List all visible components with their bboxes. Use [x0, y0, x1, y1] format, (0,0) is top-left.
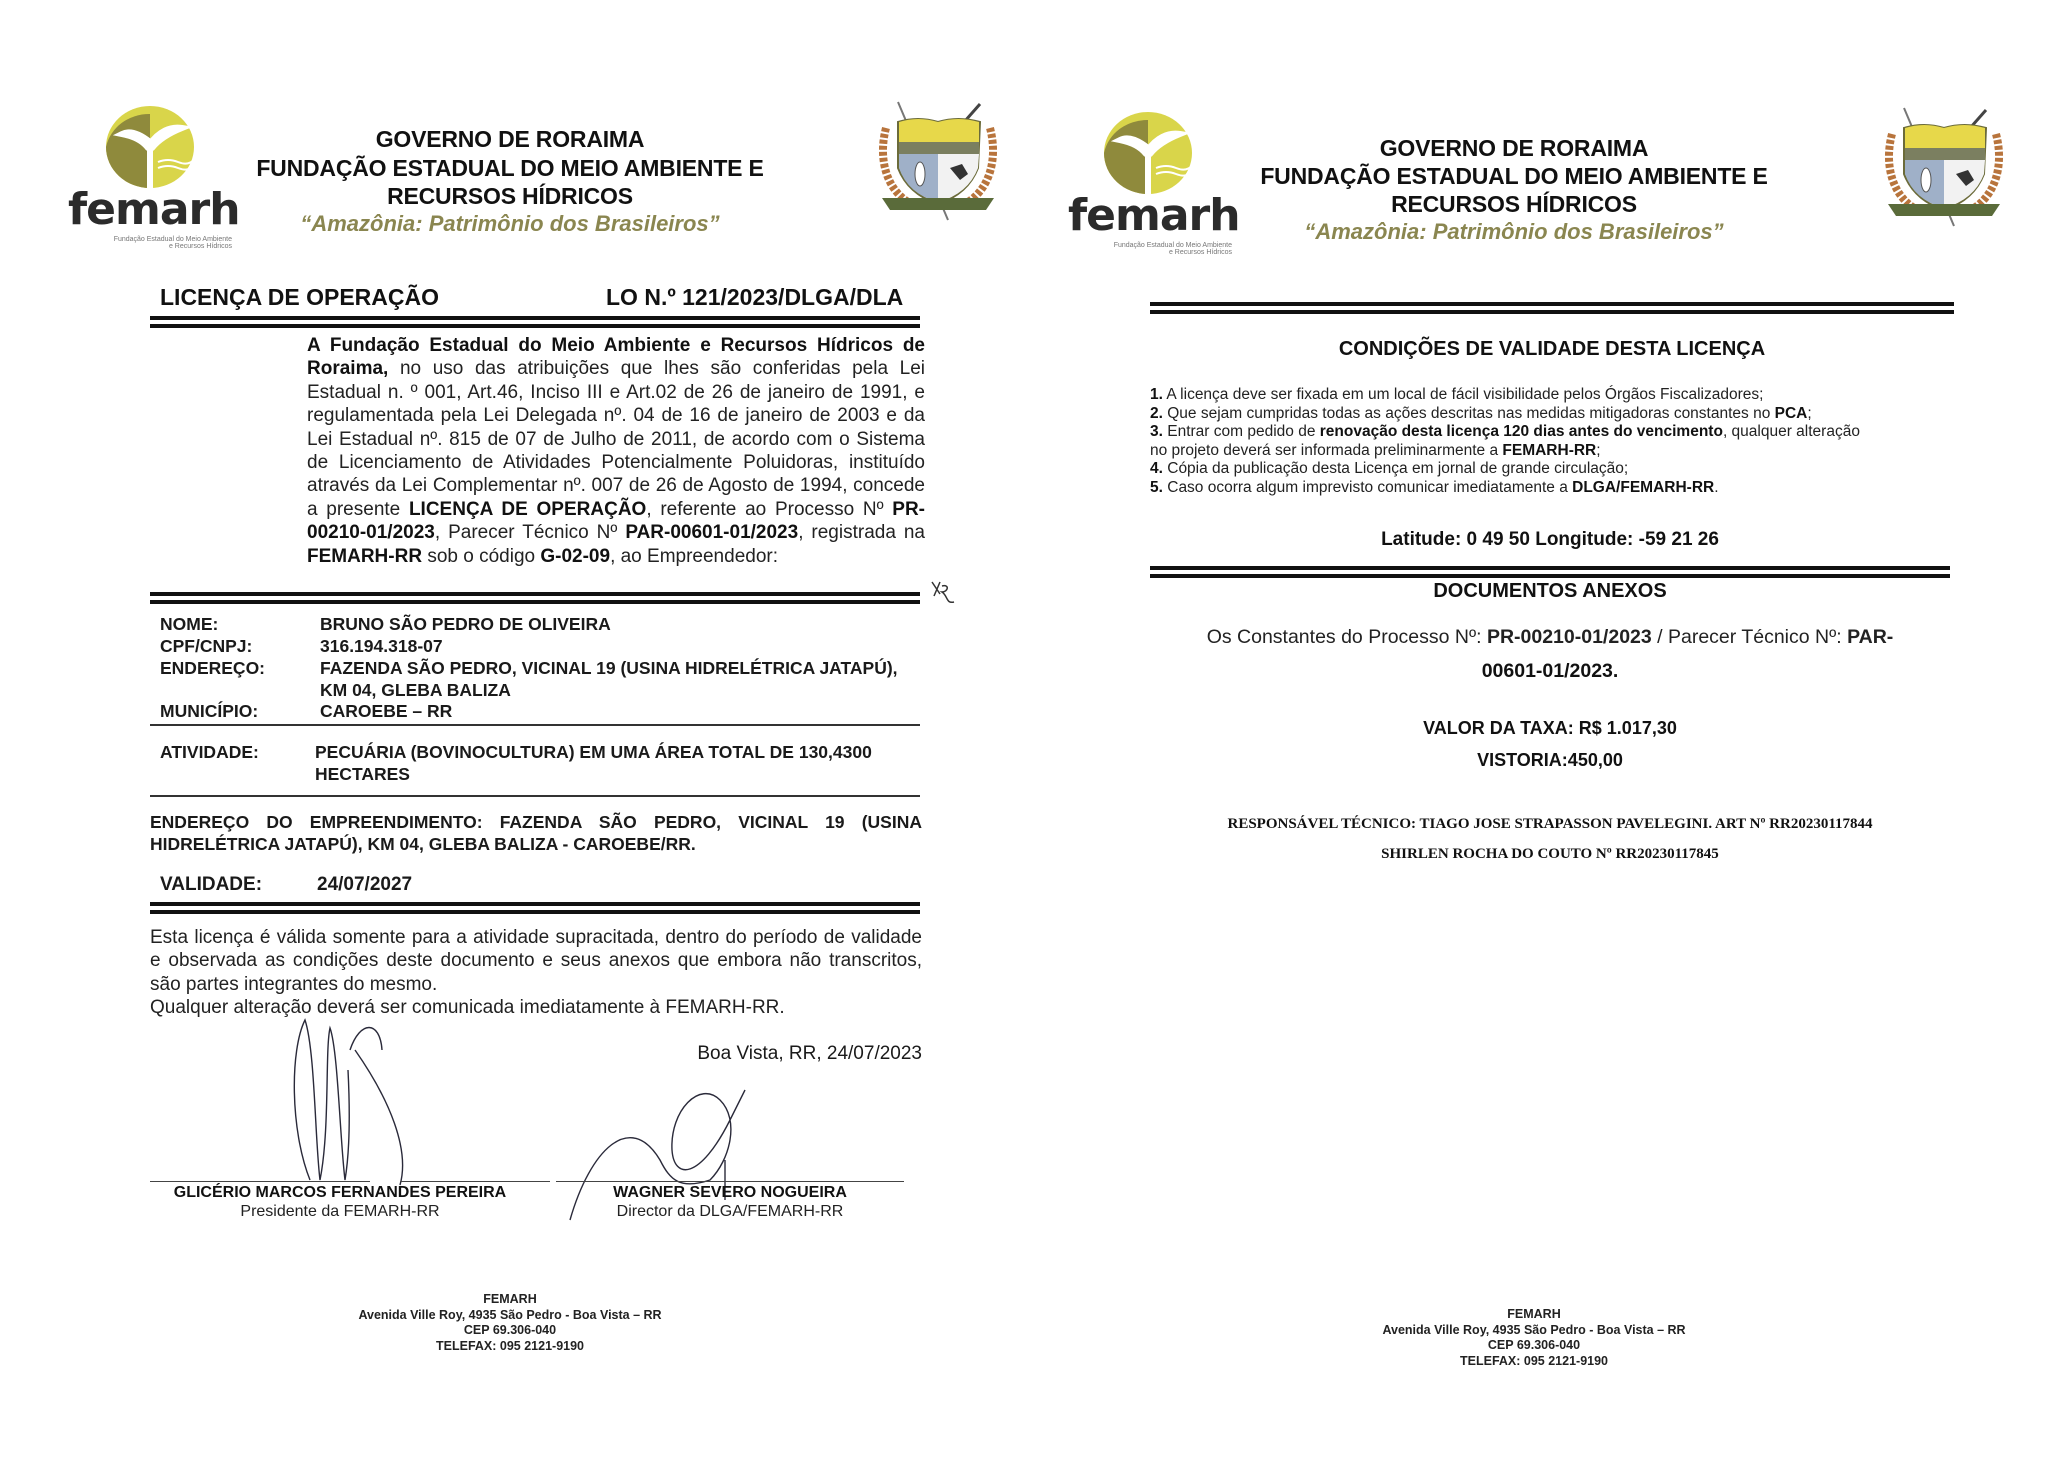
- footer-address: Avenida Ville Roy, 4935 São Pedro - Boa …: [300, 1308, 720, 1324]
- license-page-1: femarh Fundação Estadual do Meio Ambient…: [0, 0, 1024, 1463]
- condition-item: 5. Caso ocorra algum imprevisto comunica…: [1150, 479, 1860, 498]
- divider-double: [150, 592, 920, 604]
- divider-double: [150, 902, 920, 914]
- footer: FEMARH Avenida Ville Roy, 4935 São Pedro…: [300, 1292, 720, 1354]
- header-government: GOVERNO DE RORAIMA: [1204, 135, 1824, 162]
- footer-phone: TELEFAX: 095 2121-9190: [1324, 1354, 1744, 1370]
- femarh-subtitle-2: e Recursos Hídricos: [1072, 249, 1232, 257]
- divider-double: [1150, 302, 1954, 314]
- footer-cep: CEP 69.306-040: [1324, 1338, 1744, 1354]
- femarh-leaf-icon: [1100, 110, 1196, 196]
- divider: [150, 724, 920, 726]
- validity-note: Esta licença é válida somente para a ati…: [150, 926, 922, 1020]
- footer-org: FEMARH: [300, 1292, 720, 1308]
- conditions-title: CONDIÇÕES DE VALIDADE DESTA LICENÇA: [1150, 338, 1954, 361]
- divider-double: [150, 316, 920, 328]
- divider: [150, 795, 920, 797]
- condition-item-cont: no projeto deverá ser informada prelimin…: [1150, 442, 1860, 461]
- director-name: WAGNER SEVERO NOGUEIRA: [560, 1184, 900, 1202]
- condition-item: 1. A licença deve ser fixada em um local…: [1150, 386, 1860, 405]
- footer: FEMARH Avenida Ville Roy, 4935 São Pedro…: [1324, 1307, 1744, 1369]
- signature-line: [556, 1181, 904, 1182]
- footer-address: Avenida Ville Roy, 4935 São Pedro - Boa …: [1324, 1323, 1744, 1339]
- document-type: LICENÇA DE OPERAÇÃO: [160, 284, 439, 311]
- intro-paragraph: A Fundação Estadual do Meio Ambiente e R…: [307, 334, 925, 568]
- director-role: Director da DLGA/FEMARH-RR: [560, 1203, 900, 1221]
- condition-item: 4. Cópia da publicação desta Licença em …: [1150, 460, 1860, 479]
- condition-item: 2. Que sejam cumpridas todas as ações de…: [1150, 405, 1860, 424]
- header-foundation: FUNDAÇÃO ESTADUAL DO MEIO AMBIENTE E: [1204, 163, 1824, 190]
- annex-title: DOCUMENTOS ANEXOS: [1150, 580, 1950, 603]
- header-government: GOVERNO DE RORAIMA: [200, 126, 820, 153]
- header-slogan: “Amazônia: Patrimônio dos Brasileiros”: [1204, 219, 1824, 245]
- footer-phone: TELEFAX: 095 2121-9190: [300, 1339, 720, 1355]
- header-foundation: FUNDAÇÃO ESTADUAL DO MEIO AMBIENTE E: [200, 155, 820, 182]
- annex-processes: Os Constantes do Processo Nº: PR-00210-0…: [1150, 626, 1950, 649]
- femarh-subtitle-2: e Recursos Hídricos: [72, 243, 232, 251]
- president-role: Presidente da FEMARH-RR: [150, 1203, 530, 1221]
- technical-responsible-2: SHIRLEN ROCHA DO COUTO Nº RR20230117845: [1150, 846, 1950, 863]
- conditions-list: 1. A licença deve ser fixada em um local…: [1150, 386, 1860, 498]
- signature-president: [270, 1010, 440, 1190]
- signature-line: [400, 1181, 550, 1182]
- header-slogan: “Amazônia: Patrimônio dos Brasileiros”: [200, 211, 820, 237]
- license-page-2: femarh Fundação Estadual do Meio Ambient…: [1024, 0, 2048, 1463]
- roraima-coat-of-arms-icon: [868, 98, 1008, 228]
- fee-value: VALOR DA TAXA: R$ 1.017,30: [1150, 718, 1950, 739]
- enterprise-address-cont: HIDRELÉTRICA JATAPÚ), KM 04, GLEBA BALIZ…: [150, 834, 696, 855]
- header-resources: RECURSOS HÍDRICOS: [1204, 191, 1824, 218]
- femarh-leaf-icon: [102, 104, 198, 190]
- annex-processes-cont: 00601-01/2023.: [1150, 660, 1950, 683]
- license-number: LO N.º 121/2023/DLGA/DLA: [606, 284, 903, 311]
- header-resources: RECURSOS HÍDRICOS: [200, 183, 820, 210]
- coordinates: Latitude: 0 49 50 Longitude: -59 21 26: [1150, 529, 1950, 551]
- condition-item: 3. Entrar com pedido de renovação desta …: [1150, 423, 1860, 442]
- divider-double: [1150, 566, 1950, 578]
- footer-org: FEMARH: [1324, 1307, 1744, 1323]
- signature-line: [150, 1181, 370, 1182]
- roraima-coat-of-arms-icon: [1874, 104, 2014, 234]
- enterprise-address: ENDEREÇO DO EMPREENDIMENTO: FAZENDA SÃO …: [150, 812, 922, 833]
- technical-responsible-1: RESPONSÁVEL TÉCNICO: TIAGO JOSE STRAPASS…: [1150, 816, 1950, 833]
- president-name: GLICÉRIO MARCOS FERNANDES PEREIRA: [150, 1184, 530, 1202]
- footer-cep: CEP 69.306-040: [300, 1323, 720, 1339]
- inspection-value: VISTORIA:450,00: [1150, 750, 1950, 771]
- initials-mark-icon: [930, 578, 960, 608]
